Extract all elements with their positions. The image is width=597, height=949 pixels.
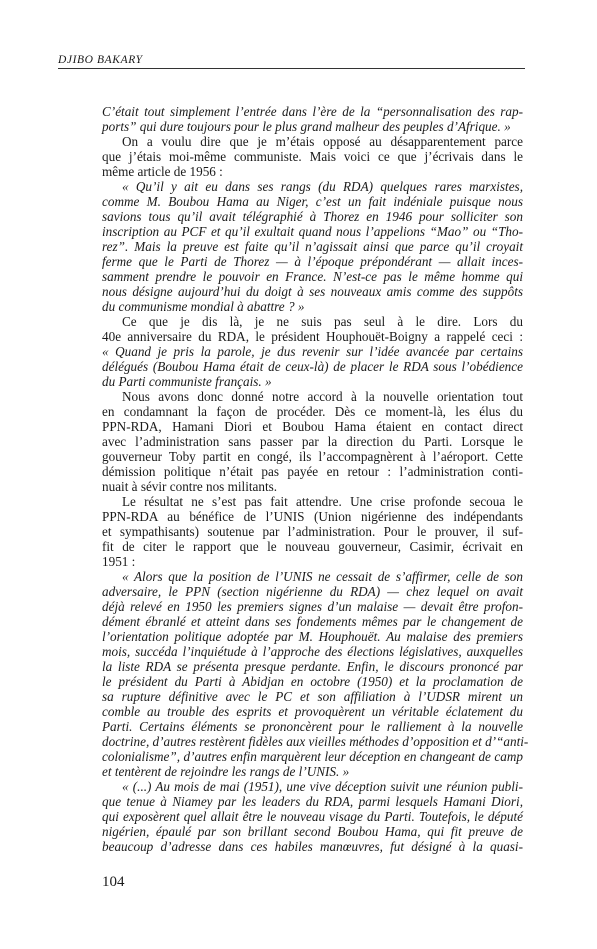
text-line: la liste RDA se présenta presque perdant… — [102, 659, 523, 674]
text-line: « Quand je pris la parole, je dus reveni… — [102, 344, 523, 359]
text-line: en condamnant la façon de procéder. Dès … — [102, 404, 523, 419]
text-line: inscription au PCF et qu’il exultait qua… — [102, 224, 523, 239]
text-line: C’était tout simplement l’entrée dans l’… — [102, 104, 523, 119]
text-line: rez”. Mais la preuve est faite qu’il n’a… — [102, 239, 523, 254]
text-line: que j’étais moi-même communiste. Mais vo… — [102, 149, 523, 164]
page-number: 104 — [102, 874, 125, 891]
text-line: le président du Parti à Abidjan en octob… — [102, 674, 523, 689]
text-line: PPN-RDA au bénéfice de l’UNIS (Union nig… — [102, 509, 523, 524]
text-line: ferme que le Parti de Thorez — à l’époqu… — [102, 254, 523, 269]
text-line: Nous avons donc donné notre accord à la … — [102, 389, 523, 404]
text-line: gouverneur Toby partit en congé, ils l’a… — [102, 449, 523, 464]
text-line: adversaire, le PPN (section nigérienne d… — [102, 584, 523, 599]
text-line: Le résultat ne s’est pas fait attendre. … — [102, 494, 523, 509]
text-line: l’orientation politique adoptée par M. H… — [102, 629, 523, 644]
text-line: samment prendre le pouvoir en France. N’… — [102, 269, 523, 284]
text-line: colonialisme”, d’autres enfin marquèrent… — [102, 749, 523, 764]
text-line: « Alors que la position de l’UNIS ne ces… — [102, 569, 523, 584]
text-line: doctrine, d’autres restèrent fidèles aux… — [102, 734, 523, 749]
text-line: qui exposèrent quel allait être le nouve… — [102, 809, 523, 824]
text-line: nigérien, épaulé par son brillant second… — [102, 824, 523, 839]
text-line: PPN-RDA, Hamani Diori et Boubou Hama éta… — [102, 419, 523, 434]
text-line: 1951 : — [102, 554, 523, 569]
running-head-author: DJIBO BAKARY — [58, 54, 143, 66]
text-line: Parti. Certains éléments se prononcèrent… — [102, 719, 523, 734]
text-line: On a voulu dire que je m’étais opposé au… — [102, 134, 523, 149]
text-line: nous désigne aujourd’hui du doigt à ses … — [102, 284, 523, 299]
text-line: fit de citer le rapport que le nouveau g… — [102, 539, 523, 554]
text-line: ports” qui dure toujours pour le plus gr… — [102, 119, 523, 134]
running-head: DJIBO BAKARY — [58, 46, 525, 69]
text-line: déjà relevé en 1950 les premiers signes … — [102, 599, 523, 614]
text-line: sa rupture définitive avec le PC et son … — [102, 689, 523, 704]
text-line: comme M. Boubou Hama au Niger, c’est un … — [102, 194, 523, 209]
text-line: même article de 1956 : — [102, 164, 523, 179]
text-line: du communisme mondial à abattre ? » — [102, 299, 523, 314]
text-line: Ce que je dis là, je ne suis pas seul à … — [102, 314, 523, 329]
text-line: « (...) Au mois de mai (1951), une vive … — [102, 779, 523, 794]
text-line: que tenue à Niamey par les leaders du RD… — [102, 794, 523, 809]
text-line: nuait à sévir contre nos militants. — [102, 479, 523, 494]
text-line: du Parti communiste français. » — [102, 374, 523, 389]
text-line: et tentèrent de rejoindre les rangs de l… — [102, 764, 523, 779]
text-line: dément ébranlé et atteint dans ses fonde… — [102, 614, 523, 629]
text-line: comble au trouble des esprits et provoqu… — [102, 704, 523, 719]
text-line: savions tous qu’il avait télégraphié à T… — [102, 209, 523, 224]
text-line: avec l’administration sans passer par la… — [102, 434, 523, 449]
text-line: et sympathisants) soutenue par l’adminis… — [102, 524, 523, 539]
text-line: « Qu’il y ait eu dans ses rangs (du RDA)… — [102, 179, 523, 194]
text-line: beaucoup d’adresse dans ces habiles manœ… — [102, 839, 523, 854]
text-line: démission politique n’était pas payée en… — [102, 464, 523, 479]
body-text: C’était tout simplement l’entrée dans l’… — [102, 104, 523, 854]
text-line: mois, succéda l’inquiétude à l’approche … — [102, 644, 523, 659]
text-line: délégués (Boubou Hama était de ceux-là) … — [102, 359, 523, 374]
text-line: 40e anniversaire du RDA, le président Ho… — [102, 329, 523, 344]
